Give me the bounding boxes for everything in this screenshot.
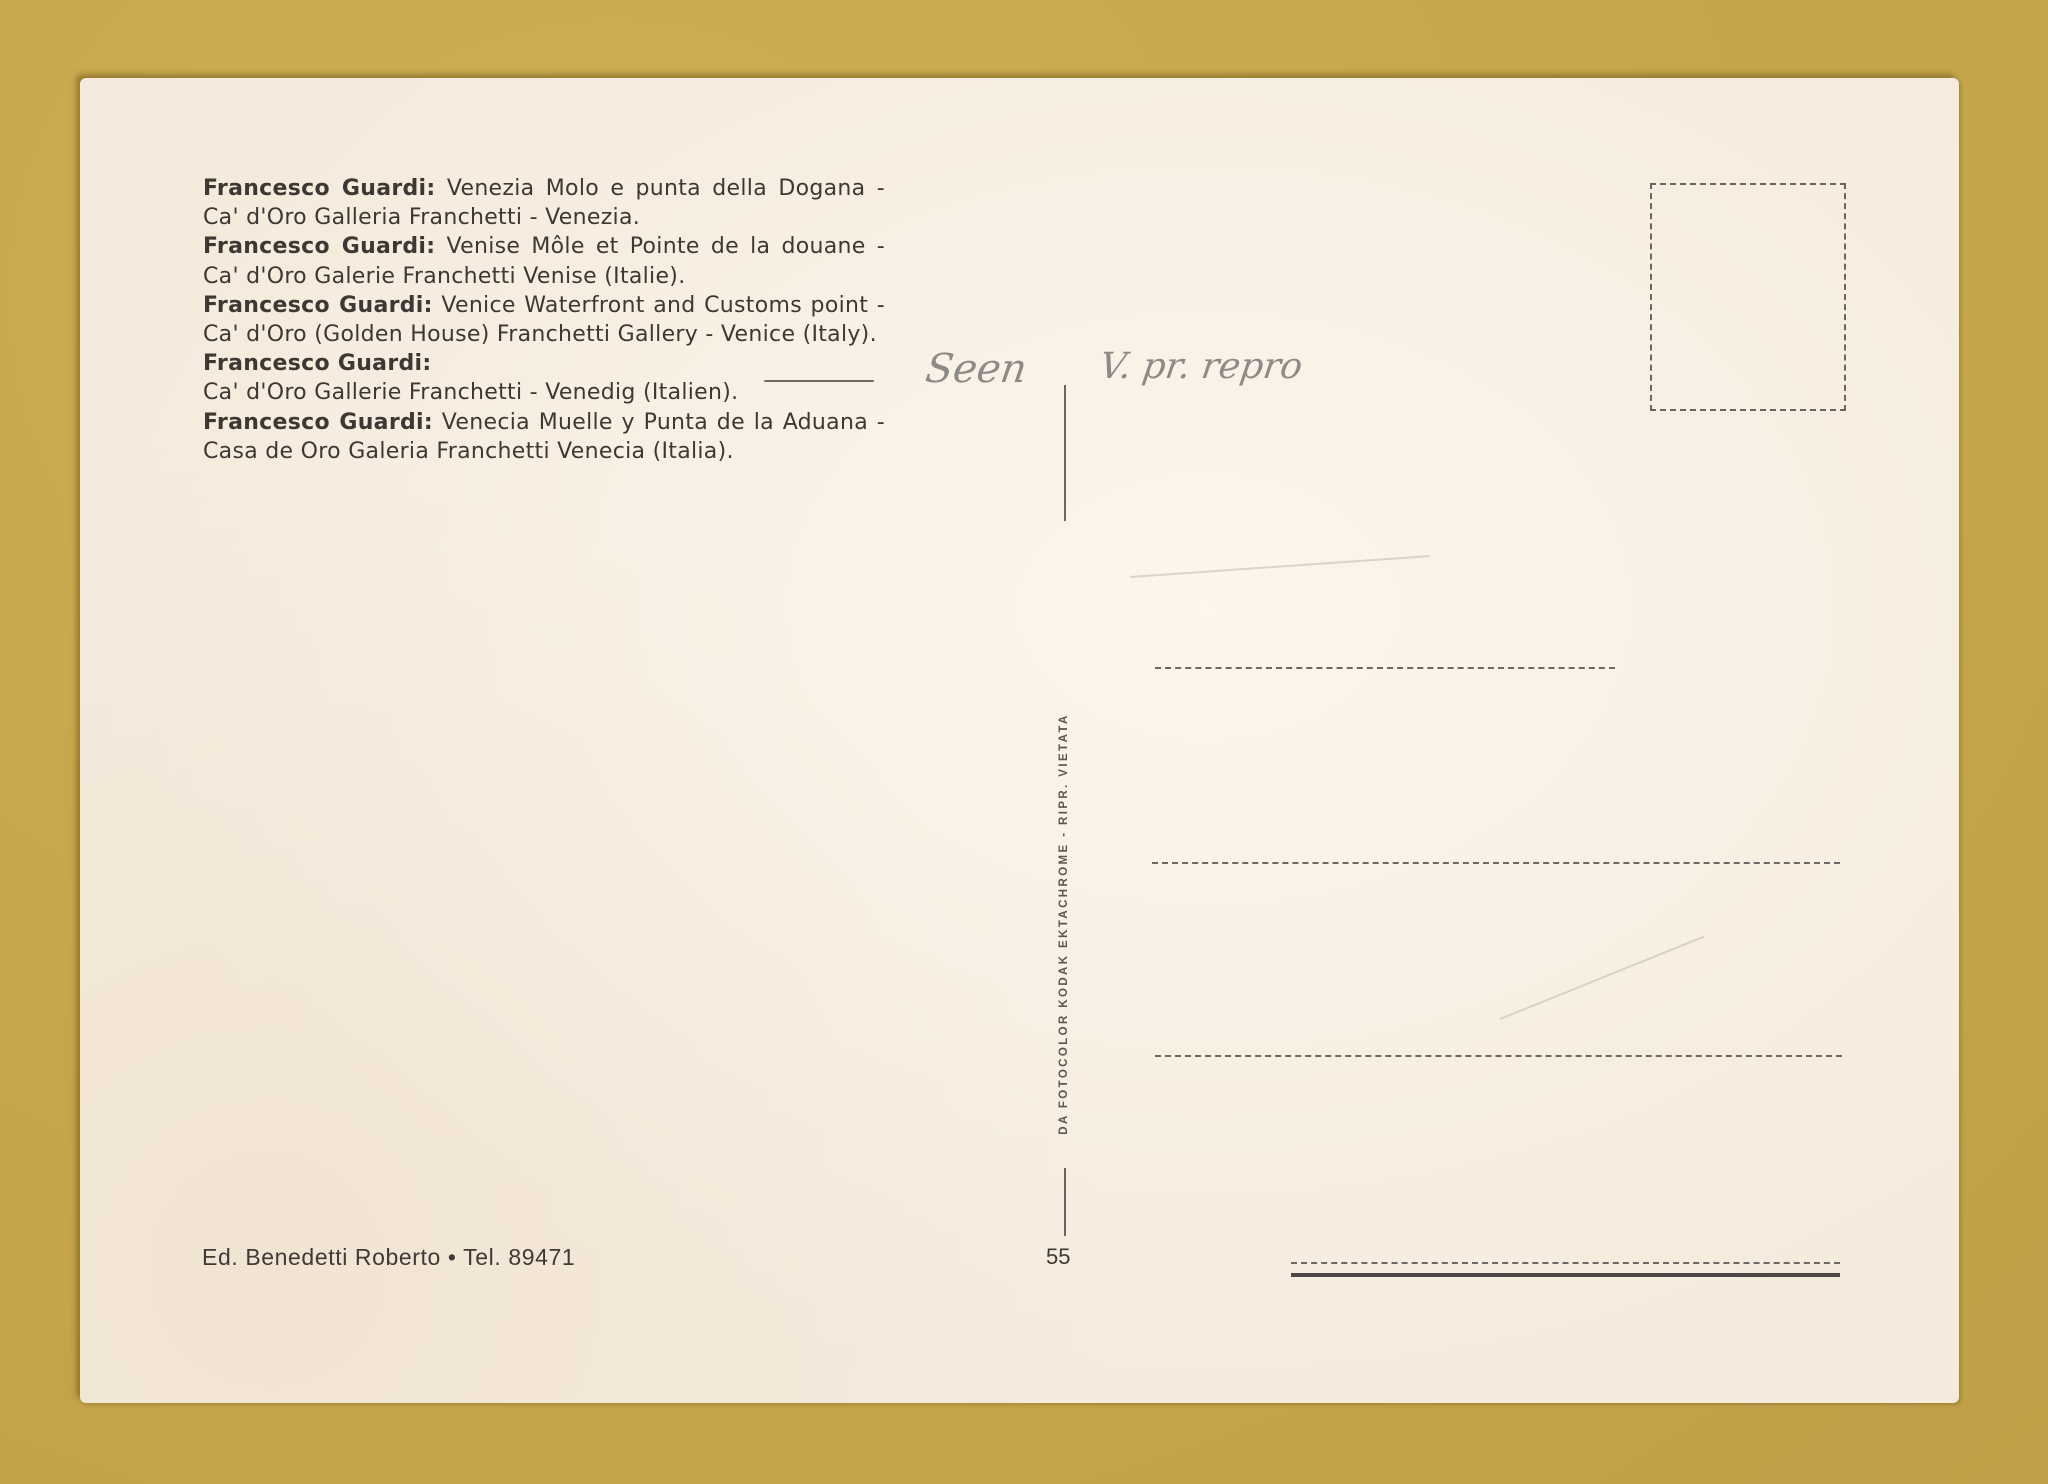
artist-name: Francesco Guardi: <box>203 293 433 318</box>
handwriting-left: Seen <box>923 346 1030 392</box>
caption-entry-german: Francesco Guardi: Ca' d'Oro Gallerie Fra… <box>203 349 885 407</box>
divider-line-top <box>1064 385 1066 521</box>
address-line-3 <box>1155 1055 1842 1057</box>
address-line-4 <box>1291 1262 1840 1264</box>
card-number: 55 <box>1046 1244 1070 1270</box>
artist-name: Francesco Guardi: <box>203 176 436 201</box>
address-line-2 <box>1152 862 1840 864</box>
artist-name: Francesco Guardi: <box>203 234 435 259</box>
publisher-credit: Ed. Benedetti Roberto • Tel. 89471 <box>202 1244 575 1271</box>
crease-mark <box>1130 555 1429 578</box>
caption-entry-italian: Francesco Guardi: Venezia Molo e punta d… <box>203 174 885 232</box>
pencil-underline <box>764 380 874 382</box>
address-underline <box>1291 1273 1840 1277</box>
artist-name: Francesco Guardi: <box>203 410 433 435</box>
address-line-1 <box>1155 667 1615 669</box>
caption-entry-french: Francesco Guardi: Venise Môle et Pointe … <box>203 232 885 290</box>
crease-mark <box>1500 936 1705 1020</box>
caption-block: Francesco Guardi: Venezia Molo e punta d… <box>203 174 885 466</box>
artist-name: Francesco Guardi: <box>203 351 431 376</box>
caption-entry-english: Francesco Guardi: Venice Waterfront and … <box>203 291 885 349</box>
handwriting-right: V. pr. repro <box>1097 346 1305 387</box>
stamp-box <box>1650 183 1846 411</box>
caption-text: Ca' d'Oro Gallerie Franchetti - Venedig … <box>203 380 738 405</box>
divider-line-bottom <box>1064 1168 1066 1236</box>
postcard-back: Francesco Guardi: Venezia Molo e punta d… <box>80 78 1959 1403</box>
caption-entry-spanish: Francesco Guardi: Venecia Muelle y Punta… <box>203 408 885 466</box>
